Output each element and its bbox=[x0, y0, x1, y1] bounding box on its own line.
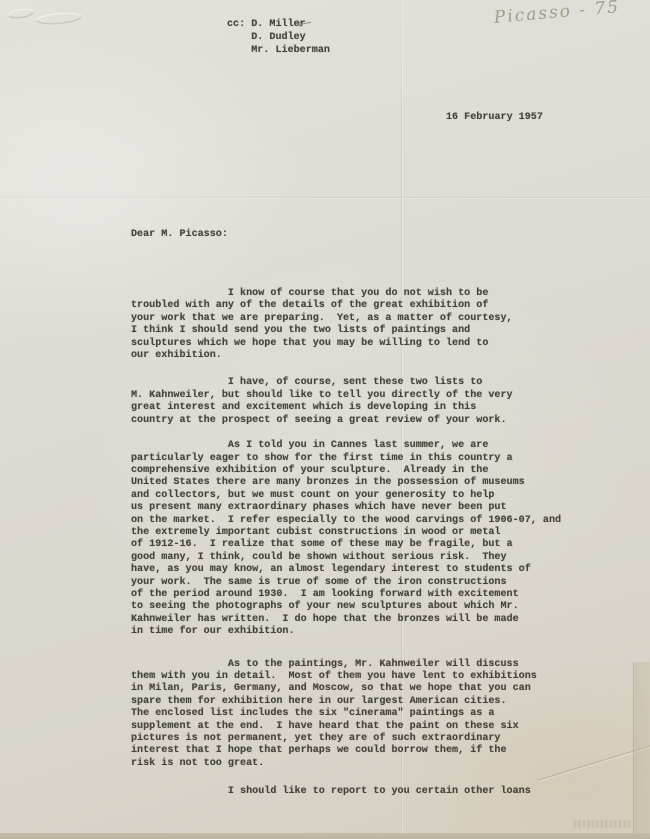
paragraph-list: I know of course that you do not wish to… bbox=[131, 288, 601, 799]
text-line: have, as you may know, an almost legenda… bbox=[131, 564, 601, 576]
text-line: the extremely important cubist construct… bbox=[131, 527, 601, 539]
text-line: in Milan, Paris, Germany, and Moscow, so… bbox=[131, 683, 601, 695]
horizontal-crease bbox=[0, 197, 650, 198]
text-line: particularly eager to show for the first… bbox=[131, 453, 601, 465]
cc-block: cc: D. Miller D. Dudley Mr. Lieberman bbox=[227, 18, 330, 58]
text-line: on the market. I refer especially to the… bbox=[131, 515, 601, 527]
text-line: in time for our exhibition. bbox=[131, 626, 601, 638]
text-line: comprehensive exhibition of your sculptu… bbox=[131, 465, 601, 477]
pencil-arrow-mark: ← bbox=[295, 15, 314, 33]
text-line: As I told you in Cannes last summer, we … bbox=[131, 440, 601, 452]
text-line: I should like to report to you certain o… bbox=[131, 786, 601, 798]
paper-dent-mark bbox=[36, 11, 83, 26]
text-line: to seeing the photographs of your new sc… bbox=[131, 601, 601, 613]
text-line: I think I should send you the two lists … bbox=[131, 325, 601, 337]
text-line: Mr. Lieberman bbox=[227, 44, 330, 57]
paragraph: I should like to report to you certain o… bbox=[131, 786, 601, 798]
paragraph: As I told you in Cannes last summer, we … bbox=[131, 440, 601, 639]
paper-right-edge bbox=[633, 662, 650, 833]
letter-page: cc: D. Miller D. Dudley Mr. Lieberman ← … bbox=[0, 0, 650, 833]
paper-bottom-edge bbox=[0, 833, 650, 839]
date-line: 16 February 1957 bbox=[446, 112, 543, 124]
text-line: of the period around 1930. I am looking … bbox=[131, 589, 601, 601]
text-line: D. Dudley bbox=[227, 31, 330, 44]
text-line: your work that we are preparing. Yet, as… bbox=[131, 313, 601, 325]
text-line: The enclosed list includes the six "cine… bbox=[131, 708, 601, 720]
text-line: sculptures which we hope that you may be… bbox=[131, 338, 601, 350]
text-line: M. Kahnweiler, but should like to tell y… bbox=[131, 390, 601, 402]
salutation: Dear M. Picasso: bbox=[131, 229, 601, 241]
text-line: country at the prospect of seeing a grea… bbox=[131, 415, 601, 427]
text-line: supplement at the end. I have heard that… bbox=[131, 721, 601, 733]
text-line: spare them for exhibition here in our la… bbox=[131, 696, 601, 708]
text-line: and collectors, but we must count on you… bbox=[131, 490, 601, 502]
text-line: us present many extraordinary phases whi… bbox=[131, 502, 601, 514]
handwritten-note: Picasso - 75 bbox=[493, 0, 650, 28]
text-line: Kahnweiler has written. I do hope that t… bbox=[131, 614, 601, 626]
text-line: our exhibition. bbox=[131, 350, 601, 362]
text-line: great interest and excitement which is d… bbox=[131, 402, 601, 414]
text-line: United States there are many bronzes in … bbox=[131, 477, 601, 489]
text-line: troubled with any of the details of the … bbox=[131, 300, 601, 312]
text-line: I know of course that you do not wish to… bbox=[131, 288, 601, 300]
text-line: of 1912-16. I realize that some of these… bbox=[131, 539, 601, 551]
text-line: your work. The same is true of some of t… bbox=[131, 577, 601, 589]
text-line: I have, of course, sent these two lists … bbox=[131, 377, 601, 389]
text-line: risk is not too great. bbox=[131, 758, 601, 770]
text-line: pictures is not permanent, yet they are … bbox=[131, 733, 601, 745]
paragraph: I know of course that you do not wish to… bbox=[131, 288, 601, 362]
text-line: As to the paintings, Mr. Kahnweiler will… bbox=[131, 659, 601, 671]
paper-dent-mark bbox=[7, 7, 34, 20]
letter-body: Dear M. Picasso: I know of course that y… bbox=[131, 204, 601, 823]
paragraph: I have, of course, sent these two lists … bbox=[131, 377, 601, 427]
text-line: interest that I hope that perhaps we cou… bbox=[131, 745, 601, 757]
text-line: cc: D. Miller bbox=[227, 18, 330, 31]
text-line: them with you in detail. Most of them yo… bbox=[131, 671, 601, 683]
paragraph: As to the paintings, Mr. Kahnweiler will… bbox=[131, 659, 601, 771]
text-line: good many, I think, could be shown witho… bbox=[131, 552, 601, 564]
